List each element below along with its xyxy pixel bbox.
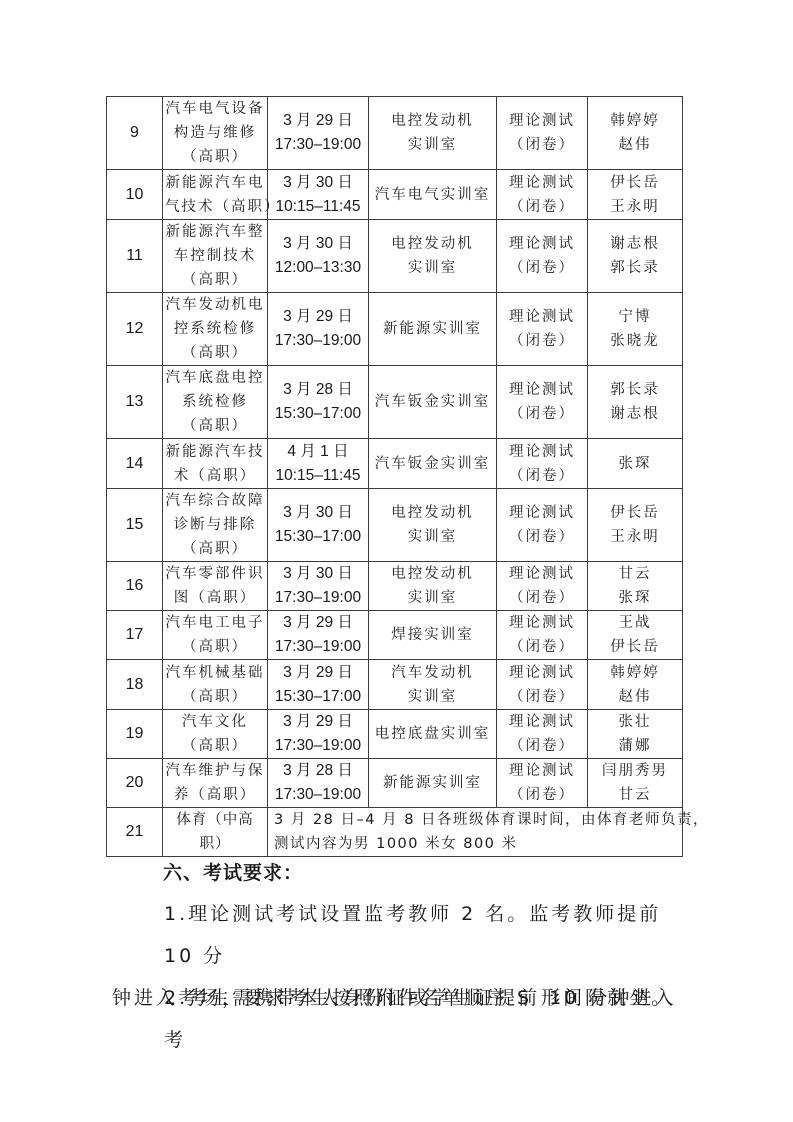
proctors: 张壮蒲娜 [588, 710, 683, 759]
proctors-line: 伊长岳 [590, 635, 680, 659]
course-name: 汽车零部件识图（高职） [163, 562, 268, 611]
pe-note: 3 月 28 日–4 月 8 日各班级体育课时间，由体育老师负责，测试内容为男 … [268, 808, 683, 857]
proctors: 谢志根郭长录 [588, 220, 683, 293]
proctors-line: 张壮 [590, 710, 680, 734]
course-name: 汽车文化（高职） [163, 710, 268, 759]
exam-time: 15:30–17:00 [270, 685, 366, 709]
row-number: 20 [107, 759, 163, 808]
table-row: 11新能源汽车整车控制技术（高职）3 月 30 日12:00–13:30电控发动… [107, 220, 683, 293]
exam-room-line: 新能源实训室 [371, 317, 494, 341]
exam-room-line: 汽车发动机 [371, 661, 494, 685]
course-name-line: 汽车电气设备 [165, 97, 265, 121]
exam-type-line: （闭卷） [499, 635, 585, 659]
row-number: 19 [107, 710, 163, 759]
proctors-line: 韩婷婷 [590, 109, 680, 133]
course-name: 新能源汽车电气技术（高职） [163, 170, 268, 220]
exam-type-line: 理论测试 [499, 171, 585, 195]
exam-room-line: 电控发动机 [371, 109, 494, 133]
exam-room-line: 实训室 [371, 525, 494, 549]
proctors: 韩婷婷赵伟 [588, 97, 683, 170]
table-row: 9汽车电气设备构造与维修（高职）3 月 29 日17:30–19:00电控发动机… [107, 97, 683, 170]
exam-time: 10:15–11:45 [270, 195, 366, 219]
exam-room: 电控底盘实训室 [369, 710, 497, 759]
exam-room-line: 汽车钣金实训室 [371, 390, 494, 414]
proctors-line: 赵伟 [590, 685, 680, 709]
proctors-line: 韩婷婷 [590, 661, 680, 685]
course-name-line: 图（高职） [165, 586, 265, 610]
exam-type-line: （闭卷） [499, 685, 585, 709]
course-name-line: 气技术（高职） [165, 195, 265, 219]
proctors-line: 伊长岳 [590, 501, 680, 525]
exam-room: 汽车发动机实训室 [369, 660, 497, 710]
exam-type: 理论测试（闭卷） [497, 710, 588, 759]
proctors: 韩婷婷赵伟 [588, 660, 683, 710]
exam-time: 10:15–11:45 [270, 464, 366, 488]
exam-type-line: 理论测试 [499, 710, 585, 734]
exam-room: 电控发动机实训室 [369, 97, 497, 170]
exam-type: 理论测试（闭卷） [497, 611, 588, 660]
proctors: 宁博张晓龙 [588, 293, 683, 366]
exam-type-line: （闭卷） [499, 525, 585, 549]
course-name-line: 新能源汽车技 [165, 440, 265, 464]
course-name-line: 汽车机械基础 [165, 661, 265, 685]
course-name-line: 控系统检修 [165, 317, 265, 341]
course-name-line: 车控制技术 [165, 244, 265, 268]
course-name-line: （高职） [165, 145, 265, 169]
proctors-line: 蒲娜 [590, 734, 680, 758]
paragraph-line: 1.理论测试考试设置监考教师 2 名。监考教师提前 10 分 [120, 893, 690, 977]
course-name: 汽车电气设备构造与维修（高职） [163, 97, 268, 170]
exam-room: 焊接实训室 [369, 611, 497, 660]
table-row: 18汽车机械基础（高职）3 月 29 日15:30–17:00汽车发动机实训室理… [107, 660, 683, 710]
exam-datetime: 3 月 30 日12:00–13:30 [268, 220, 369, 293]
exam-room-line: 实训室 [371, 586, 494, 610]
exam-datetime: 3 月 30 日15:30–17:00 [268, 489, 369, 562]
exam-time: 17:30–19:00 [270, 329, 366, 353]
exam-date: 3 月 28 日 [270, 378, 366, 402]
exam-datetime: 3 月 30 日17:30–19:00 [268, 562, 369, 611]
course-name-line: 术（高职） [165, 464, 265, 488]
course-name: 汽车维护与保养（高职） [163, 759, 268, 808]
exam-type: 理论测试（闭卷） [497, 660, 588, 710]
exam-room-line: 实训室 [371, 685, 494, 709]
exam-type-line: 理论测试 [499, 759, 585, 783]
exam-type-line: 理论测试 [499, 440, 585, 464]
row-number: 9 [107, 97, 163, 170]
course-name-line: （高职） [165, 685, 265, 709]
exam-datetime: 3 月 28 日17:30–19:00 [268, 759, 369, 808]
table-row: 21体育（中高职）3 月 28 日–4 月 8 日各班级体育课时间，由体育老师负… [107, 808, 683, 857]
table-row: 10新能源汽车电气技术（高职）3 月 30 日10:15–11:45汽车电气实训… [107, 170, 683, 220]
exam-room-line: 电控发动机 [371, 501, 494, 525]
exam-schedule-table: 9汽车电气设备构造与维修（高职）3 月 29 日17:30–19:00电控发动机… [106, 96, 683, 857]
proctors-line: 王永明 [590, 195, 680, 219]
section-heading: 六、考试要求： [163, 858, 303, 885]
exam-room-line: 汽车钣金实训室 [371, 452, 494, 476]
course-name-line: 汽车电工电子 [165, 611, 265, 635]
proctors-line: 甘云 [590, 783, 680, 807]
course-name-line: 新能源汽车整 [165, 220, 265, 244]
table-row: 17汽车电工电子（高职）3 月 29 日17:30–19:00焊接实训室理论测试… [107, 611, 683, 660]
exam-date: 3 月 29 日 [270, 305, 366, 329]
proctors-line: 张琛 [590, 586, 680, 610]
exam-date: 4 月 1 日 [270, 440, 366, 464]
exam-type-line: （闭卷） [499, 329, 585, 353]
proctors: 伊长岳王永明 [588, 170, 683, 220]
exam-datetime: 3 月 29 日17:30–19:00 [268, 293, 369, 366]
exam-datetime: 4 月 1 日10:15–11:45 [268, 439, 369, 489]
proctors: 郭长录谢志根 [588, 366, 683, 439]
exam-type: 理论测试（闭卷） [497, 293, 588, 366]
table-row: 16汽车零部件识图（高职）3 月 30 日17:30–19:00电控发动机实训室… [107, 562, 683, 611]
exam-time: 17:30–19:00 [270, 586, 366, 610]
course-name-line: 汽车文化 [165, 710, 265, 734]
exam-type: 理论测试（闭卷） [497, 489, 588, 562]
exam-type: 理论测试（闭卷） [497, 439, 588, 489]
exam-time: 17:30–19:00 [270, 133, 366, 157]
proctors-line: 谢志根 [590, 232, 680, 256]
exam-room-line: 焊接实训室 [371, 623, 494, 647]
exam-type-line: （闭卷） [499, 402, 585, 426]
exam-type: 理论测试（闭卷） [497, 366, 588, 439]
row-number: 18 [107, 660, 163, 710]
course-name-line: 构造与维修 [165, 121, 265, 145]
proctors-line: 郭长录 [590, 256, 680, 280]
proctors: 伊长岳王永明 [588, 489, 683, 562]
exam-type-line: （闭卷） [499, 586, 585, 610]
row-number: 12 [107, 293, 163, 366]
course-name-line: 汽车零部件识 [165, 562, 265, 586]
exam-time: 17:30–19:00 [270, 635, 366, 659]
exam-type: 理论测试（闭卷） [497, 759, 588, 808]
table-row: 19汽车文化（高职）3 月 29 日17:30–19:00电控底盘实训室理论测试… [107, 710, 683, 759]
exam-room-line: 实训室 [371, 133, 494, 157]
exam-type: 理论测试（闭卷） [497, 562, 588, 611]
exam-datetime: 3 月 29 日15:30–17:00 [268, 660, 369, 710]
exam-type-line: 理论测试 [499, 378, 585, 402]
exam-room: 电控发动机实训室 [369, 489, 497, 562]
exam-room: 电控发动机实训室 [369, 562, 497, 611]
exam-type-line: （闭卷） [499, 783, 585, 807]
course-name: 汽车机械基础（高职） [163, 660, 268, 710]
proctors-line: 宁博 [590, 305, 680, 329]
exam-type-line: （闭卷） [499, 464, 585, 488]
course-name-line: 养（高职） [165, 783, 265, 807]
exam-type-line: 理论测试 [499, 305, 585, 329]
exam-datetime: 3 月 29 日17:30–19:00 [268, 710, 369, 759]
proctors-line: 张晓龙 [590, 329, 680, 353]
proctors-line: 伊长岳 [590, 171, 680, 195]
exam-type-line: （闭卷） [499, 256, 585, 280]
proctors-line: 甘云 [590, 562, 680, 586]
proctors-line: 赵伟 [590, 133, 680, 157]
proctors-line: 张琛 [590, 452, 680, 476]
exam-room: 汽车钣金实训室 [369, 366, 497, 439]
row-number: 10 [107, 170, 163, 220]
row-number: 11 [107, 220, 163, 293]
course-name-line: （高职） [165, 414, 265, 438]
exam-date: 3 月 29 日 [270, 109, 366, 133]
exam-datetime: 3 月 28 日15:30–17:00 [268, 366, 369, 439]
proctors-line: 王战 [590, 611, 680, 635]
exam-datetime: 3 月 29 日17:30–19:00 [268, 611, 369, 660]
exam-room-line: 汽车电气实训室 [371, 183, 494, 207]
exam-time: 12:00–13:30 [270, 256, 366, 280]
pe-note-line: 3 月 28 日–4 月 8 日各班级体育课时间，由体育老师负责， [274, 808, 680, 832]
course-name-line: （高职） [165, 734, 265, 758]
exam-room: 新能源实训室 [369, 759, 497, 808]
exam-type: 理论测试（闭卷） [497, 97, 588, 170]
exam-room: 电控发动机实训室 [369, 220, 497, 293]
exam-time: 15:30–17:00 [270, 402, 366, 426]
exam-date: 3 月 30 日 [270, 232, 366, 256]
exam-date: 3 月 30 日 [270, 171, 366, 195]
course-name-line: 新能源汽车电 [165, 171, 265, 195]
course-name-line: （高职） [165, 341, 265, 365]
exam-room-line: 电控底盘实训室 [371, 722, 494, 746]
proctors-line: 谢志根 [590, 402, 680, 426]
proctors: 闫朋秀男甘云 [588, 759, 683, 808]
row-number: 17 [107, 611, 163, 660]
course-name-line: 汽车发动机电 [165, 293, 265, 317]
course-name: 汽车综合故障诊断与排除（高职） [163, 489, 268, 562]
exam-room-line: 实训室 [371, 256, 494, 280]
requirement-paragraph-2: 2.考生需携带本人身份证或学生证提前 10 分钟进入考 [120, 977, 690, 1061]
row-number: 13 [107, 366, 163, 439]
proctors-line: 郭长录 [590, 378, 680, 402]
exam-type-line: （闭卷） [499, 734, 585, 758]
exam-type: 理论测试（闭卷） [497, 220, 588, 293]
exam-time: 17:30–19:00 [270, 734, 366, 758]
table-row: 14新能源汽车技术（高职）4 月 1 日10:15–11:45汽车钣金实训室理论… [107, 439, 683, 489]
table-row: 12汽车发动机电控系统检修（高职）3 月 29 日17:30–19:00新能源实… [107, 293, 683, 366]
exam-time: 15:30–17:00 [270, 525, 366, 549]
exam-type-line: （闭卷） [499, 133, 585, 157]
exam-date: 3 月 29 日 [270, 710, 366, 734]
course-name: 汽车发动机电控系统检修（高职） [163, 293, 268, 366]
course-name-line: 诊断与排除 [165, 513, 265, 537]
exam-date: 3 月 30 日 [270, 562, 366, 586]
exam-type-line: 理论测试 [499, 109, 585, 133]
course-name: 汽车底盘电控系统检修（高职） [163, 366, 268, 439]
exam-type-line: 理论测试 [499, 611, 585, 635]
exam-room-line: 新能源实训室 [371, 771, 494, 795]
row-number: 21 [107, 808, 163, 857]
course-name: 新能源汽车整车控制技术（高职） [163, 220, 268, 293]
row-number: 14 [107, 439, 163, 489]
table-row: 20汽车维护与保养（高职）3 月 28 日17:30–19:00新能源实训室理论… [107, 759, 683, 808]
proctors: 王战伊长岳 [588, 611, 683, 660]
course-name-line: （高职） [165, 635, 265, 659]
exam-date: 3 月 28 日 [270, 759, 366, 783]
row-number: 15 [107, 489, 163, 562]
course-name: 汽车电工电子（高职） [163, 611, 268, 660]
pe-note-line: 测试内容为男 1000 米女 800 米 [274, 832, 680, 856]
exam-time: 17:30–19:00 [270, 783, 366, 807]
paragraph-line: 2.考生需携带本人身份证或学生证提前 10 分钟进入考 [120, 977, 690, 1061]
exam-type-line: （闭卷） [499, 195, 585, 219]
exam-type-line: 理论测试 [499, 501, 585, 525]
exam-room: 新能源实训室 [369, 293, 497, 366]
course-name-line: 汽车维护与保 [165, 759, 265, 783]
exam-date: 3 月 29 日 [270, 661, 366, 685]
proctors: 甘云张琛 [588, 562, 683, 611]
course-name-line: 汽车综合故障 [165, 489, 265, 513]
exam-room-line: 电控发动机 [371, 232, 494, 256]
exam-room: 汽车电气实训室 [369, 170, 497, 220]
course-name-line: 汽车底盘电控 [165, 366, 265, 390]
table-row: 15汽车综合故障诊断与排除（高职）3 月 30 日15:30–17:00电控发动… [107, 489, 683, 562]
course-name-line: （高职） [165, 537, 265, 561]
course-name-line: 系统检修 [165, 390, 265, 414]
row-number: 16 [107, 562, 163, 611]
document-page: 9汽车电气设备构造与维修（高职）3 月 29 日17:30–19:00电控发动机… [0, 0, 793, 1122]
exam-type-line: 理论测试 [499, 562, 585, 586]
exam-type-line: 理论测试 [499, 232, 585, 256]
exam-room-line: 电控发动机 [371, 562, 494, 586]
exam-date: 3 月 29 日 [270, 611, 366, 635]
exam-datetime: 3 月 30 日10:15–11:45 [268, 170, 369, 220]
exam-type: 理论测试（闭卷） [497, 170, 588, 220]
exam-datetime: 3 月 29 日17:30–19:00 [268, 97, 369, 170]
course-name-line: （高职） [165, 268, 265, 292]
exam-type-line: 理论测试 [499, 661, 585, 685]
course-name: 体育（中高职） [163, 808, 268, 857]
exam-date: 3 月 30 日 [270, 501, 366, 525]
proctors-line: 闫朋秀男 [590, 759, 680, 783]
proctors: 张琛 [588, 439, 683, 489]
table-row: 13汽车底盘电控系统检修（高职）3 月 28 日15:30–17:00汽车钣金实… [107, 366, 683, 439]
proctors-line: 王永明 [590, 525, 680, 549]
course-name: 新能源汽车技术（高职） [163, 439, 268, 489]
exam-room: 汽车钣金实训室 [369, 439, 497, 489]
